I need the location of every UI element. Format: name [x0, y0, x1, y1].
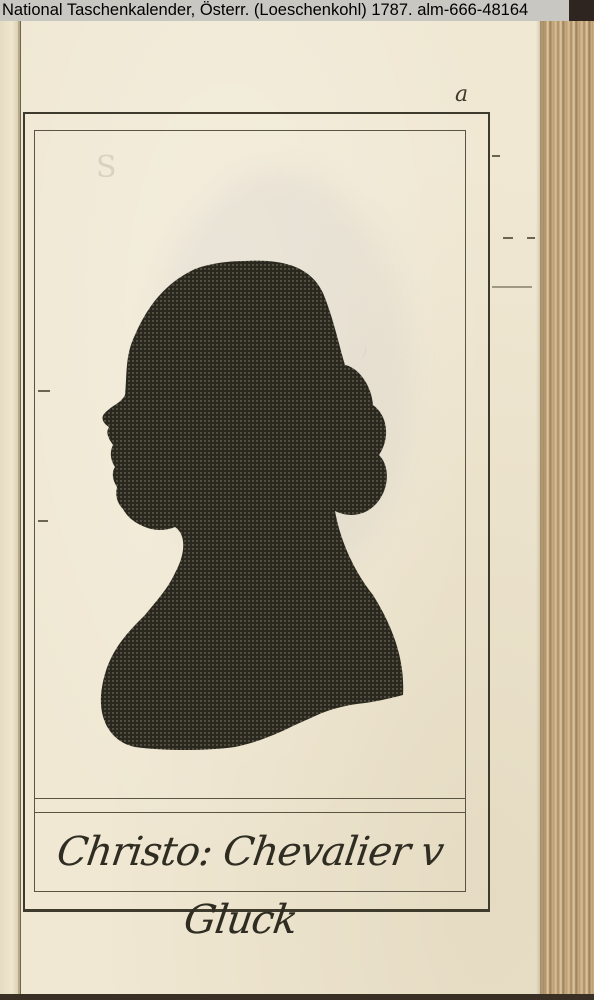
window-title: National Taschenkalender, Österr. (Loesc… [0, 0, 569, 21]
left-page-edge [0, 0, 20, 1000]
page-fore-edge [540, 18, 594, 998]
titlebar-end [569, 0, 594, 21]
silhouette-portrait [95, 255, 415, 755]
signature-mark: a [455, 82, 468, 107]
margin-tick [492, 155, 500, 157]
margin-tick [527, 237, 535, 239]
margin-tick [38, 390, 50, 392]
margin-tick [492, 286, 532, 288]
margin-tick [38, 520, 48, 522]
book-photo: a S Christo: Chevalier v Gluck [0, 0, 594, 1000]
bottom-edge [0, 994, 594, 1000]
fore-edge-shadow [536, 18, 544, 998]
margin-tick [503, 237, 513, 239]
portrait-caption: Christo: Chevalier v Gluck [35, 818, 465, 886]
